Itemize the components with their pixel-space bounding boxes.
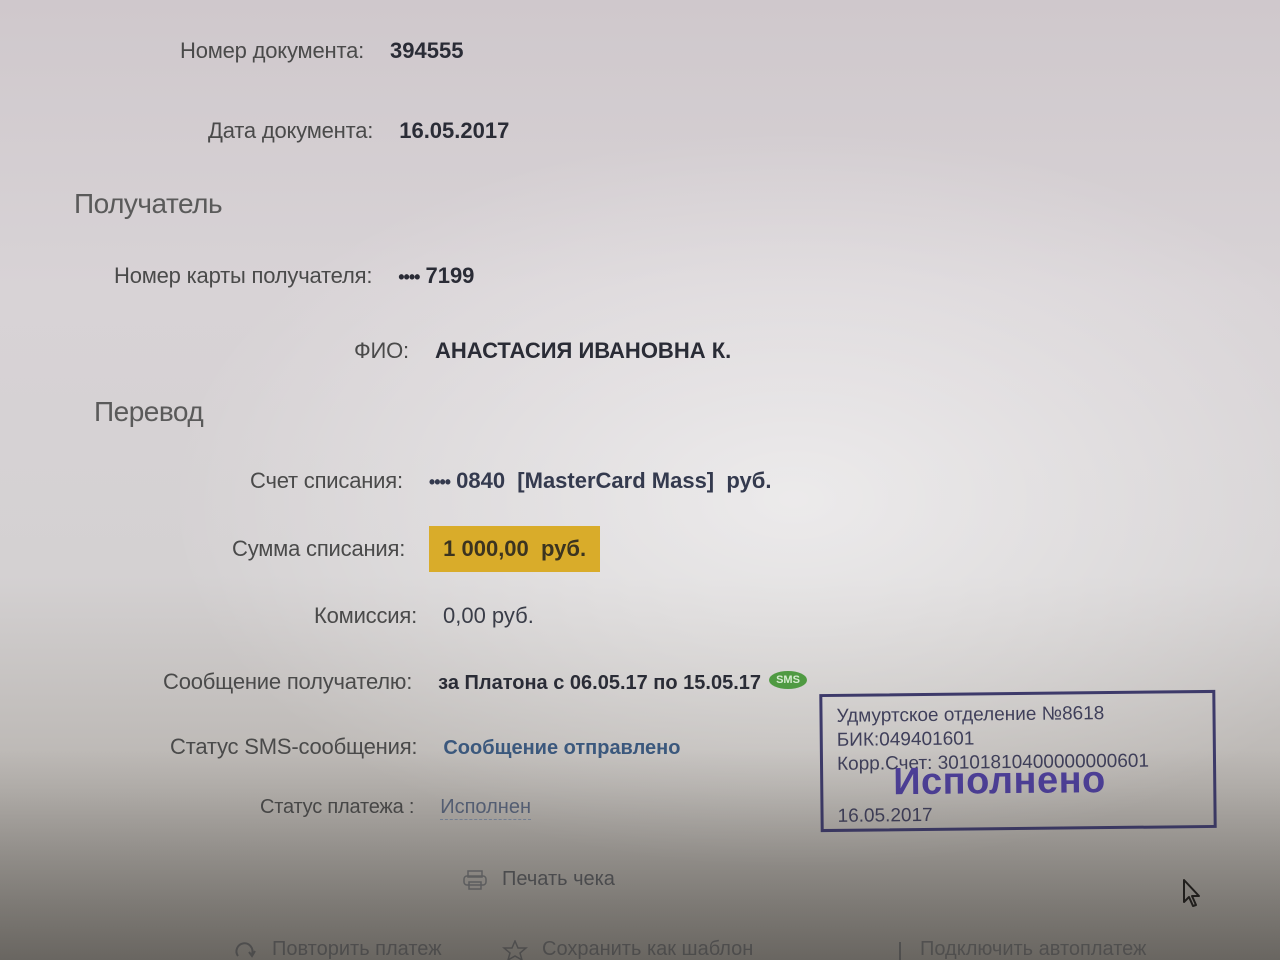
recipient-name-value: АНАСТАСИЯ ИВАНОВНА К. — [435, 338, 731, 364]
printer-icon — [462, 870, 488, 890]
sms-icon: SMS — [769, 671, 807, 689]
recipient-name-label: ФИО: — [354, 338, 409, 364]
document-date-label: Дата документа: — [208, 118, 373, 144]
stamp-status: Исполнено — [893, 768, 1106, 794]
autopay-button[interactable]: Подключить автоплатеж — [880, 938, 1146, 960]
fee-label: Комиссия: — [314, 603, 417, 629]
save-template-label: Сохранить как шаблон — [542, 938, 753, 960]
payment-status-row: Статус платежа : Исполнен — [260, 796, 531, 820]
card-mask: •••• — [398, 267, 419, 287]
debit-amount-value: 1 000,00 руб. — [429, 526, 600, 572]
recipient-name-row: ФИО: АНАСТАСИЯ ИВАНОВНА К. — [354, 338, 731, 364]
debit-account-row: Счет списания: ••••0840 [MasterCard Mass… — [250, 468, 771, 494]
star-icon — [502, 940, 528, 960]
autopay-label: Подключить автоплатеж — [920, 938, 1146, 960]
print-receipt-button[interactable]: Печать чека — [462, 868, 615, 891]
document-date-row: Дата документа: 16.05.2017 — [208, 118, 509, 144]
stamp-date: 16.05.2017 — [837, 804, 932, 829]
sms-status-row: Статус SMS-сообщения: Сообщение отправле… — [170, 734, 680, 760]
bank-stamp: Удмуртское отделение №8618 БИК:049401601… — [819, 690, 1216, 832]
recipient-card-row: Номер карты получателя: ••••7199 — [114, 263, 474, 289]
mouse-cursor-icon — [1182, 878, 1204, 910]
document-number-label: Номер документа: — [180, 38, 364, 64]
account-details: 0840 [MasterCard Mass] руб. — [456, 468, 771, 493]
print-receipt-label: Печать чека — [502, 868, 615, 891]
transfer-section-title: Перевод — [94, 396, 203, 428]
card-last4: 7199 — [425, 263, 474, 288]
message-value: за Платона с 06.05.17 по 15.05.17 — [438, 672, 761, 695]
debit-account-value: ••••0840 [MasterCard Mass] руб. — [429, 468, 772, 494]
fee-row: Комиссия: 0,00 руб. — [314, 603, 534, 629]
repeat-payment-label: Повторить платеж — [272, 938, 442, 960]
repeat-payment-button[interactable]: Повторить платеж — [232, 938, 442, 960]
debit-amount-row: Сумма списания: 1 000,00 руб. — [232, 526, 600, 572]
sms-status-label: Статус SMS-сообщения: — [170, 734, 417, 760]
sms-status-value: Сообщение отправлено — [443, 737, 680, 760]
autopay-icon — [880, 940, 906, 960]
recipient-card-label: Номер карты получателя: — [114, 263, 372, 289]
message-row: Сообщение получателю: за Платона с 06.05… — [163, 669, 807, 695]
recipient-section-title: Получатель — [74, 188, 222, 220]
save-template-button[interactable]: Сохранить как шаблон — [502, 938, 753, 960]
payment-status-label: Статус платежа : — [260, 796, 414, 819]
payment-status-link[interactable]: Исполнен — [440, 796, 531, 820]
document-date-value: 16.05.2017 — [399, 118, 509, 144]
debit-account-label: Счет списания: — [250, 468, 403, 494]
repeat-icon — [232, 940, 258, 960]
document-number-value: 394555 — [390, 38, 463, 64]
debit-amount-label: Сумма списания: — [232, 536, 405, 562]
document-number-row: Номер документа: 394555 — [180, 38, 463, 64]
message-label: Сообщение получателю: — [163, 669, 412, 695]
account-mask: •••• — [429, 472, 450, 492]
fee-value: 0,00 руб. — [443, 603, 534, 629]
recipient-card-value: ••••7199 — [398, 263, 474, 289]
